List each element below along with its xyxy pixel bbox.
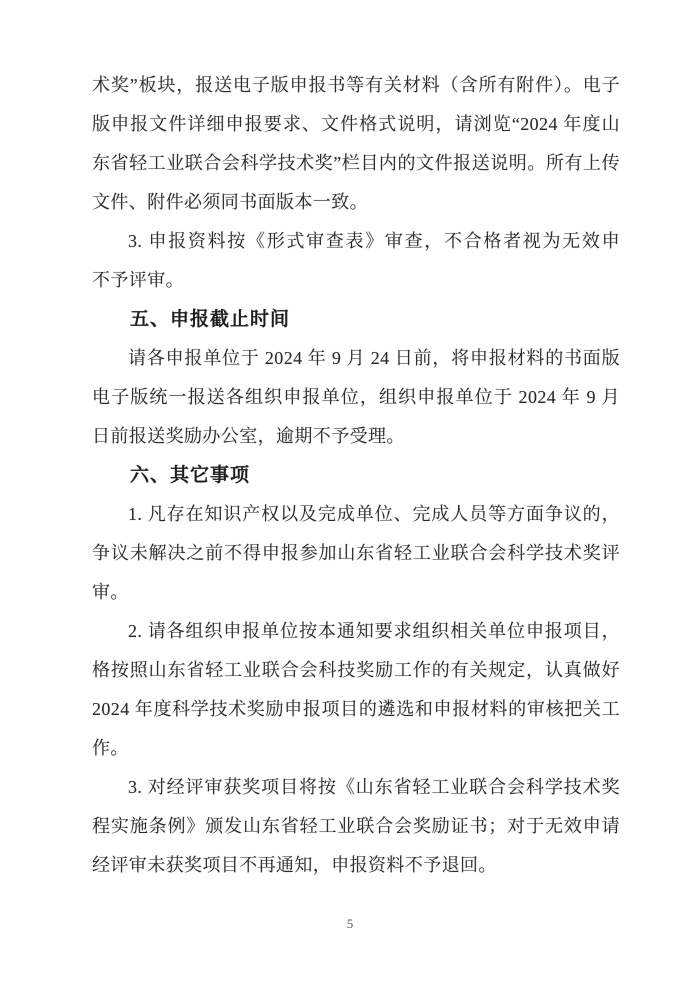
text-line: 2024 年度科学技术奖励申报项目的遴选和申报材料的审核把关工 (92, 690, 620, 729)
text-line: 不予评审。 (92, 261, 620, 300)
text-line: 2. 请各组织申报单位按本通知要求组织相关单位申报项目，严 (92, 612, 620, 651)
text-line: 3. 申报资料按《形式审查表》审查，不合格者视为无效申请， (92, 222, 620, 261)
text-line: 程实施条例》颁发山东省轻工业联合会奖励证书；对于无效申请和 (92, 807, 620, 846)
text-line: 电子版统一报送各组织申报单位，组织申报单位于 2024 年 9 月 30 (92, 378, 620, 417)
section-heading: 五、申报截止时间 (92, 300, 620, 339)
document-body: 术奖”板块，报送电子版申报书等有关材料（含所有附件）。电子版申报文件详细申报要求… (92, 66, 620, 885)
text-line: 争议未解决之前不得申报参加山东省轻工业联合会科学技术奖评 (92, 534, 620, 573)
text-line: 日前报送奖励办公室，逾期不予受理。 (92, 417, 620, 456)
text-line: 文件、附件必须同书面版本一致。 (92, 183, 620, 222)
text-line: 1. 凡存在知识产权以及完成单位、完成人员等方面争议的，在 (92, 495, 620, 534)
text-line: 3. 对经评审获奖项目将按《山东省轻工业联合会科学技术奖章 (92, 768, 620, 807)
text-line: 格按照山东省轻工业联合会科技奖励工作的有关规定，认真做好 (92, 651, 620, 690)
page-number: 5 (0, 916, 700, 932)
text-line: 术奖”板块，报送电子版申报书等有关材料（含所有附件）。电子 (92, 66, 620, 105)
text-line: 版申报文件详细申报要求、文件格式说明，请浏览“2024 年度山 (92, 105, 620, 144)
text-line: 东省轻工业联合会科学技术奖”栏目内的文件报送说明。所有上传 (92, 144, 620, 183)
text-line: 请各申报单位于 2024 年 9 月 24 日前，将申报材料的书面版和 (92, 339, 620, 378)
text-line: 审。 (92, 573, 620, 612)
document-page: 术奖”板块，报送电子版申报书等有关材料（含所有附件）。电子版申报文件详细申报要求… (0, 0, 700, 990)
text-line: 经评审未获奖项目不再通知，申报资料不予退回。 (92, 846, 620, 885)
section-heading: 六、其它事项 (92, 456, 620, 495)
text-line: 作。 (92, 729, 620, 768)
